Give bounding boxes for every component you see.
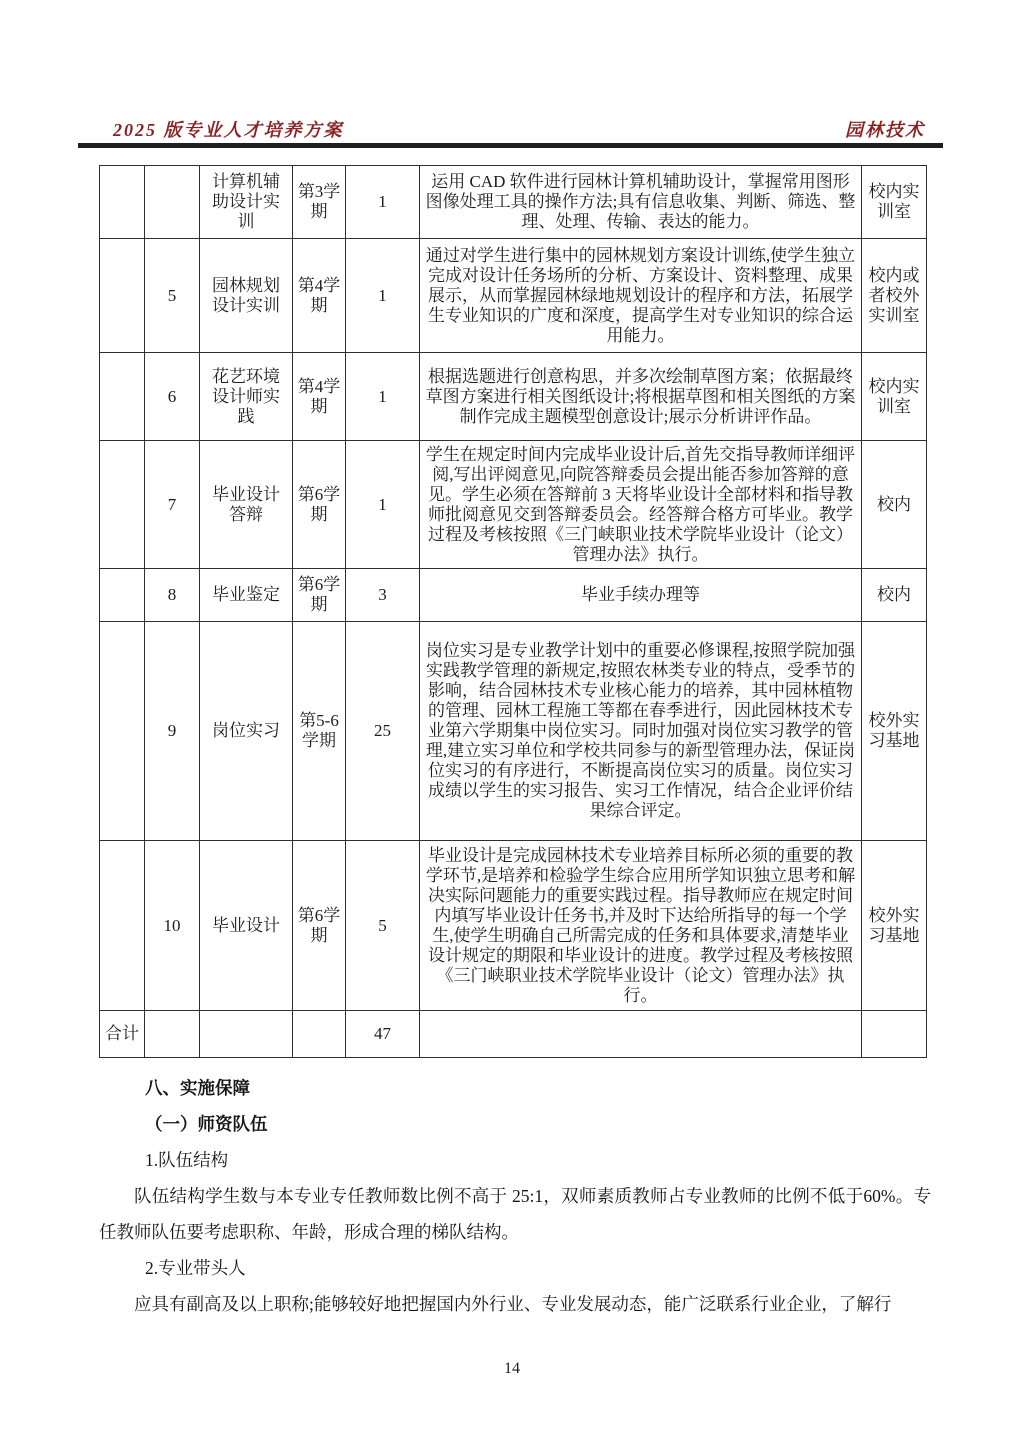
course-name: 毕业鉴定 (200, 569, 293, 622)
location: 校内实训室 (862, 166, 927, 239)
empty-cell (420, 1011, 862, 1058)
weeks: 1 (346, 353, 420, 441)
weeks: 1 (346, 239, 420, 353)
total-weeks: 47 (346, 1011, 420, 1058)
row-no: 8 (145, 569, 200, 622)
location: 校内或者校外实训室 (862, 239, 927, 353)
course-name: 岗位实习 (200, 622, 293, 841)
weeks: 1 (346, 166, 420, 239)
course-name: 园林规划设计实训 (200, 239, 293, 353)
table-row: 计算机辅助设计实训 第3学期 1 运用 CAD 软件进行园林计算机辅助设计，掌握… (100, 166, 927, 239)
weeks: 5 (346, 841, 420, 1011)
subsection-2: 2.专业带头人 (99, 1250, 931, 1286)
semester: 第6学期 (293, 441, 346, 569)
total-col-cell (100, 841, 145, 1011)
total-col-cell (100, 166, 145, 239)
page-number: 14 (0, 1360, 1024, 1378)
document-page: 2025 版专业人才培养方案 园林技术 计算机辅助设计实训 第3学期 1 运用 … (0, 0, 1024, 1448)
header-left-title: 2025 版专业人才培养方案 (113, 116, 344, 142)
course-name: 计算机辅助设计实训 (200, 166, 293, 239)
semester: 第5-6学期 (293, 622, 346, 841)
empty-cell (862, 1011, 927, 1058)
description: 岗位实习是专业教学计划中的重要必修课程,按照学院加强实践教学管理的新规定,按照农… (420, 622, 862, 841)
header-right-title: 园林技术 (845, 116, 925, 142)
training-plan-table: 计算机辅助设计实训 第3学期 1 运用 CAD 软件进行园林计算机辅助设计，掌握… (99, 165, 927, 1058)
location: 校外实习基地 (862, 622, 927, 841)
location: 校内 (862, 569, 927, 622)
semester: 第4学期 (293, 239, 346, 353)
description: 通过对学生进行集中的园林规划方案设计训练,使学生独立完成对设计任务场所的分析、方… (420, 239, 862, 353)
empty-cell (145, 1011, 200, 1058)
total-col-cell (100, 569, 145, 622)
total-label: 合计 (100, 1011, 145, 1058)
semester: 第6学期 (293, 569, 346, 622)
location: 校内 (862, 441, 927, 569)
empty-cell (293, 1011, 346, 1058)
weeks: 25 (346, 622, 420, 841)
location: 校内实训室 (862, 353, 927, 441)
table-row: 10 毕业设计 第6学期 5 毕业设计是完成园林技术专业培养目标所必须的重要的教… (100, 841, 927, 1011)
total-col-cell (100, 622, 145, 841)
weeks: 3 (346, 569, 420, 622)
total-col-cell (100, 239, 145, 353)
table-row: 5 园林规划设计实训 第4学期 1 通过对学生进行集中的园林规划方案设计训练,使… (100, 239, 927, 353)
section-heading-2: （一）师资队伍 (99, 1106, 931, 1142)
empty-cell (200, 1011, 293, 1058)
row-no (145, 166, 200, 239)
section-heading-1: 八、实施保障 (99, 1070, 931, 1106)
description: 学生在规定时间内完成毕业设计后,首先交指导教师详细评阅,写出评阅意见,向院答辩委… (420, 441, 862, 569)
paragraph-leader: 应具有副高及以上职称;能够较好地把握国内外行业、专业发展动态，能广泛联系行业企业… (99, 1286, 931, 1322)
row-no: 10 (145, 841, 200, 1011)
course-name: 毕业设计 (200, 841, 293, 1011)
location: 校外实习基地 (862, 841, 927, 1011)
table-row: 7 毕业设计答辩 第6学期 1 学生在规定时间内完成毕业设计后,首先交指导教师详… (100, 441, 927, 569)
row-no: 9 (145, 622, 200, 841)
semester: 第4学期 (293, 353, 346, 441)
total-col-cell (100, 353, 145, 441)
description: 毕业设计是完成园林技术专业培养目标所必须的重要的教学环节,是培养和检验学生综合应… (420, 841, 862, 1011)
table-row: 6 花艺环境设计师实践 第4学期 1 根据选题进行创意构思，并多次绘制草图方案；… (100, 353, 927, 441)
description: 运用 CAD 软件进行园林计算机辅助设计，掌握常用图形图像处理工具的操作方法;具… (420, 166, 862, 239)
total-col-cell (100, 441, 145, 569)
course-name: 花艺环境设计师实践 (200, 353, 293, 441)
table-row: 8 毕业鉴定 第6学期 3 毕业手续办理等 校内 (100, 569, 927, 622)
paragraph-team-ratio: 队伍结构学生数与本专业专任教师数比例不高于 25:1，双师素质教师占专业教师的比… (99, 1178, 931, 1250)
description: 根据选题进行创意构思，并多次绘制草图方案；依据最终草图方案进行相关图纸设计;将根… (420, 353, 862, 441)
description: 毕业手续办理等 (420, 569, 862, 622)
body-text-block: 八、实施保障 （一）师资队伍 1.队伍结构 队伍结构学生数与本专业专任教师数比例… (99, 1070, 931, 1322)
weeks: 1 (346, 441, 420, 569)
row-no: 6 (145, 353, 200, 441)
table-row: 9 岗位实习 第5-6学期 25 岗位实习是专业教学计划中的重要必修课程,按照学… (100, 622, 927, 841)
semester: 第6学期 (293, 841, 346, 1011)
semester: 第3学期 (293, 166, 346, 239)
header-double-rule (78, 143, 943, 148)
row-no: 7 (145, 441, 200, 569)
row-no: 5 (145, 239, 200, 353)
table-total-row: 合计 47 (100, 1011, 927, 1058)
subsection-1: 1.队伍结构 (99, 1142, 931, 1178)
course-name: 毕业设计答辩 (200, 441, 293, 569)
